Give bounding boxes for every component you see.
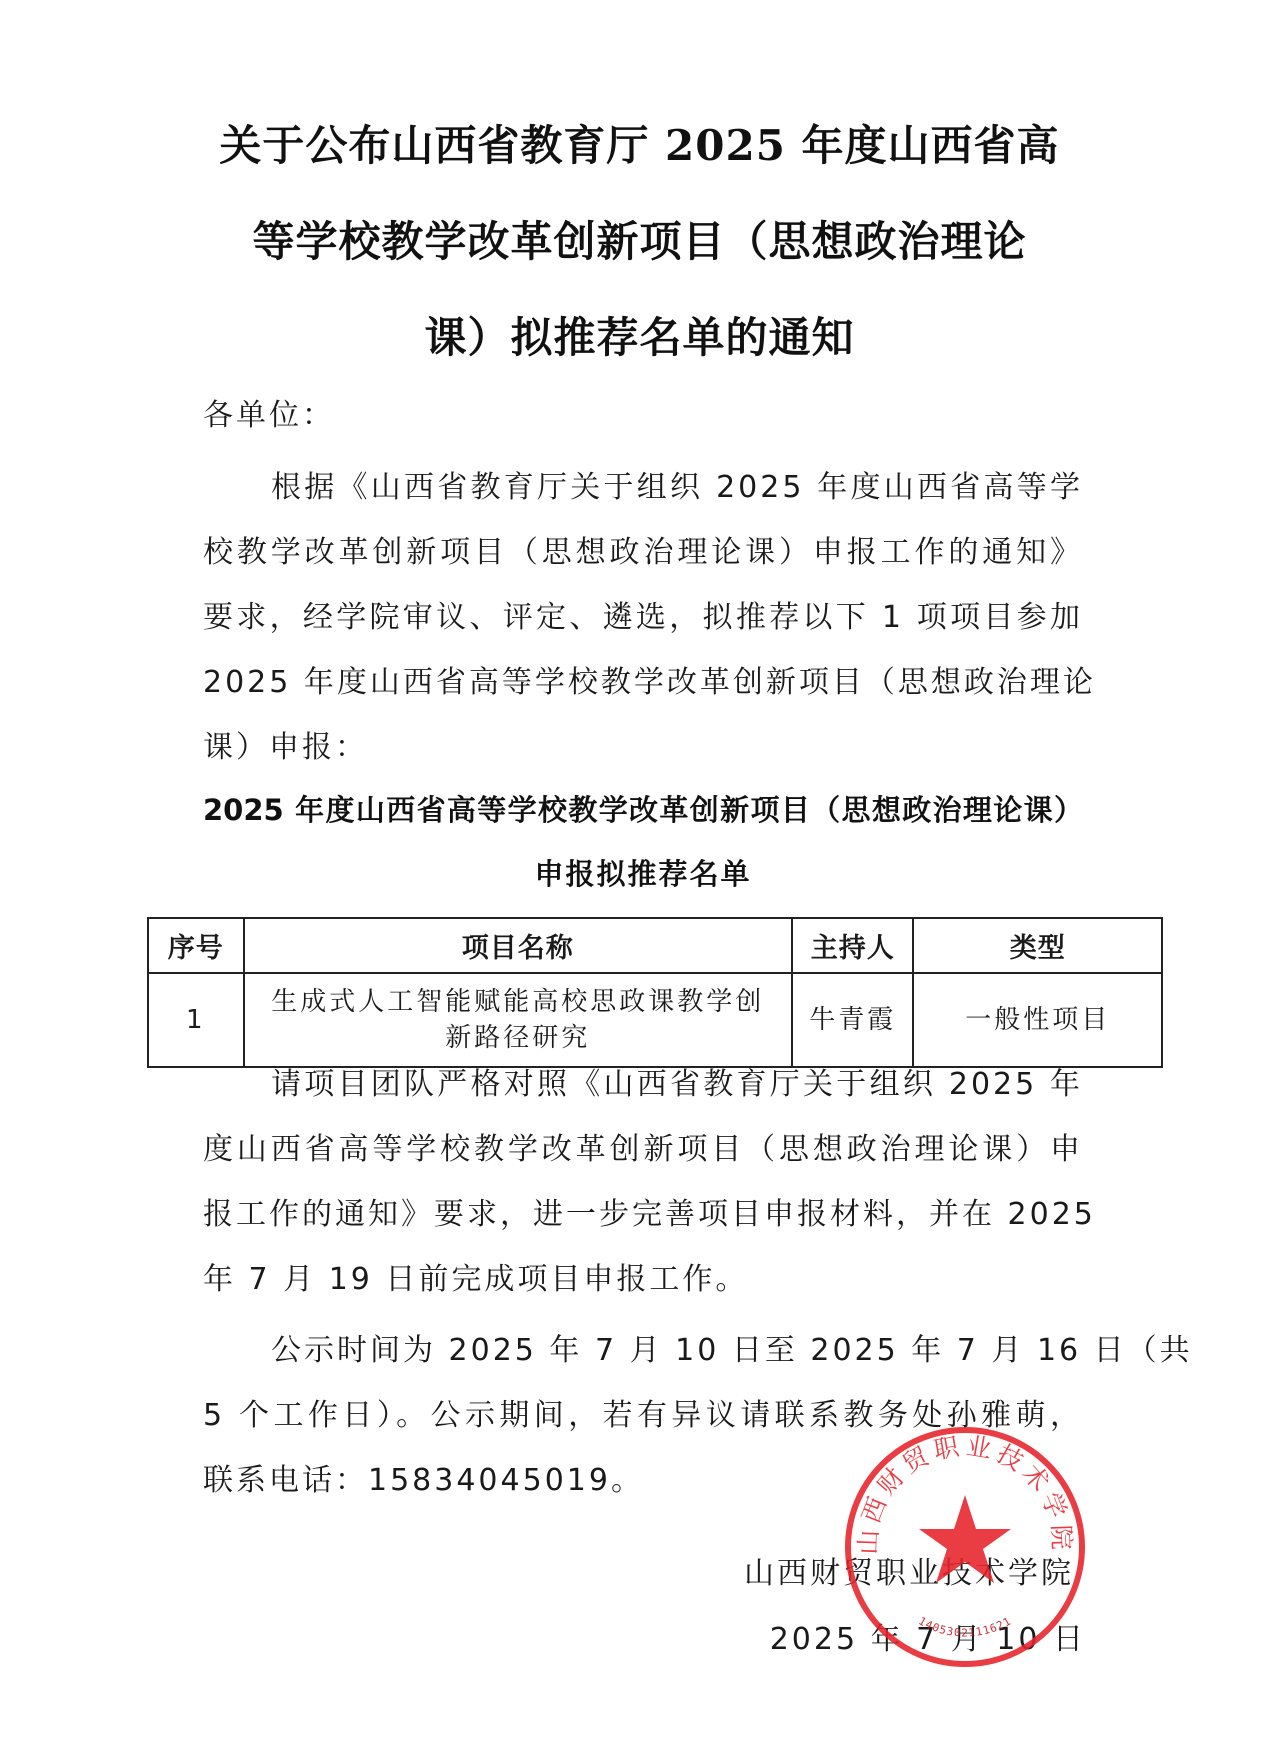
header-host: 主持人 (792, 918, 913, 973)
project-name-line-1: 生成式人工智能赋能高校思政课教学创 (245, 984, 792, 1020)
paragraph-2-line-1: 请项目团队严格对照《山西省教育厅关于组织 2025 年 (203, 1052, 1083, 1117)
header-type: 类型 (913, 918, 1162, 973)
paragraph-1-line-4: 2025 年度山西省高等学校教学改革创新项目（思想政治理论 (203, 650, 1083, 715)
paragraph-3-line-3: 联系电话：15834045019。 (203, 1448, 1083, 1513)
project-name-line-2: 新路径研究 (245, 1020, 792, 1056)
title-line-2: 等学校教学改革创新项目（思想政治理论 (150, 194, 1129, 290)
signature-date: 2025 年 7 月 10 日 (770, 1614, 1086, 1658)
notice-page: 关于公布山西省教育厅 2025 年度山西省高 等学校教学改革创新项目（思想政治理… (0, 0, 1279, 1745)
paragraph-1-line-2: 校教学改革创新项目（思想政治理论课）申报工作的通知》 (203, 520, 1083, 585)
document-title: 关于公布山西省教育厅 2025 年度山西省高 等学校教学改革创新项目（思想政治理… (150, 98, 1129, 386)
paragraph-2-line-4: 年 7 月 19 日前完成项目申报工作。 (203, 1247, 1083, 1312)
paragraph-1: 根据《山西省教育厅关于组织 2025 年度山西省高等学 校教学改革创新项目（思想… (203, 455, 1083, 780)
paragraph-2: 请项目团队严格对照《山西省教育厅关于组织 2025 年 度山西省高等学校教学改革… (203, 1052, 1083, 1312)
list-title-line-1: 2025 年度山西省高等学校教学改革创新项目（思想政治理论课） (203, 778, 1083, 842)
header-seq: 序号 (148, 918, 244, 973)
salutation: 各单位： (203, 383, 1083, 448)
header-project-name: 项目名称 (244, 918, 793, 973)
list-title: 2025 年度山西省高等学校教学改革创新项目（思想政治理论课） 申报拟推荐名单 (203, 778, 1083, 906)
paragraph-1-line-3: 要求，经学院审议、评定、遴选，拟推荐以下 1 项项目参加 (203, 585, 1083, 650)
paragraph-2-line-2: 度山西省高等学校教学改革创新项目（思想政治理论课）申 (203, 1117, 1083, 1182)
paragraph-1-line-1: 根据《山西省教育厅关于组织 2025 年度山西省高等学 (203, 455, 1083, 520)
recommendation-table: 序号 项目名称 主持人 类型 1 生成式人工智能赋能高校思政课教学创 新路径研究… (147, 917, 1163, 1068)
list-title-line-2: 申报拟推荐名单 (203, 842, 1083, 906)
paragraph-2-line-3: 报工作的通知》要求，进一步完善项目申报材料，并在 2025 (203, 1182, 1083, 1247)
signature-organization: 山西财贸职业技术学院 (744, 1548, 1074, 1592)
paragraph-3: 公示时间为 2025 年 7 月 10 日至 2025 年 7 月 16 日（共… (203, 1318, 1083, 1513)
paragraph-3-line-2: 5 个工作日）。公示期间，若有异议请联系教务处孙雅萌， (203, 1383, 1083, 1448)
salutation-text: 各单位： (203, 383, 1083, 448)
paragraph-1-line-5: 课）申报： (203, 715, 1083, 780)
title-line-1: 关于公布山西省教育厅 2025 年度山西省高 (150, 98, 1129, 194)
title-line-3: 课）拟推荐名单的通知 (150, 290, 1129, 386)
paragraph-3-line-1: 公示时间为 2025 年 7 月 10 日至 2025 年 7 月 16 日（共 (203, 1318, 1083, 1383)
table-header-row: 序号 项目名称 主持人 类型 (148, 918, 1162, 973)
